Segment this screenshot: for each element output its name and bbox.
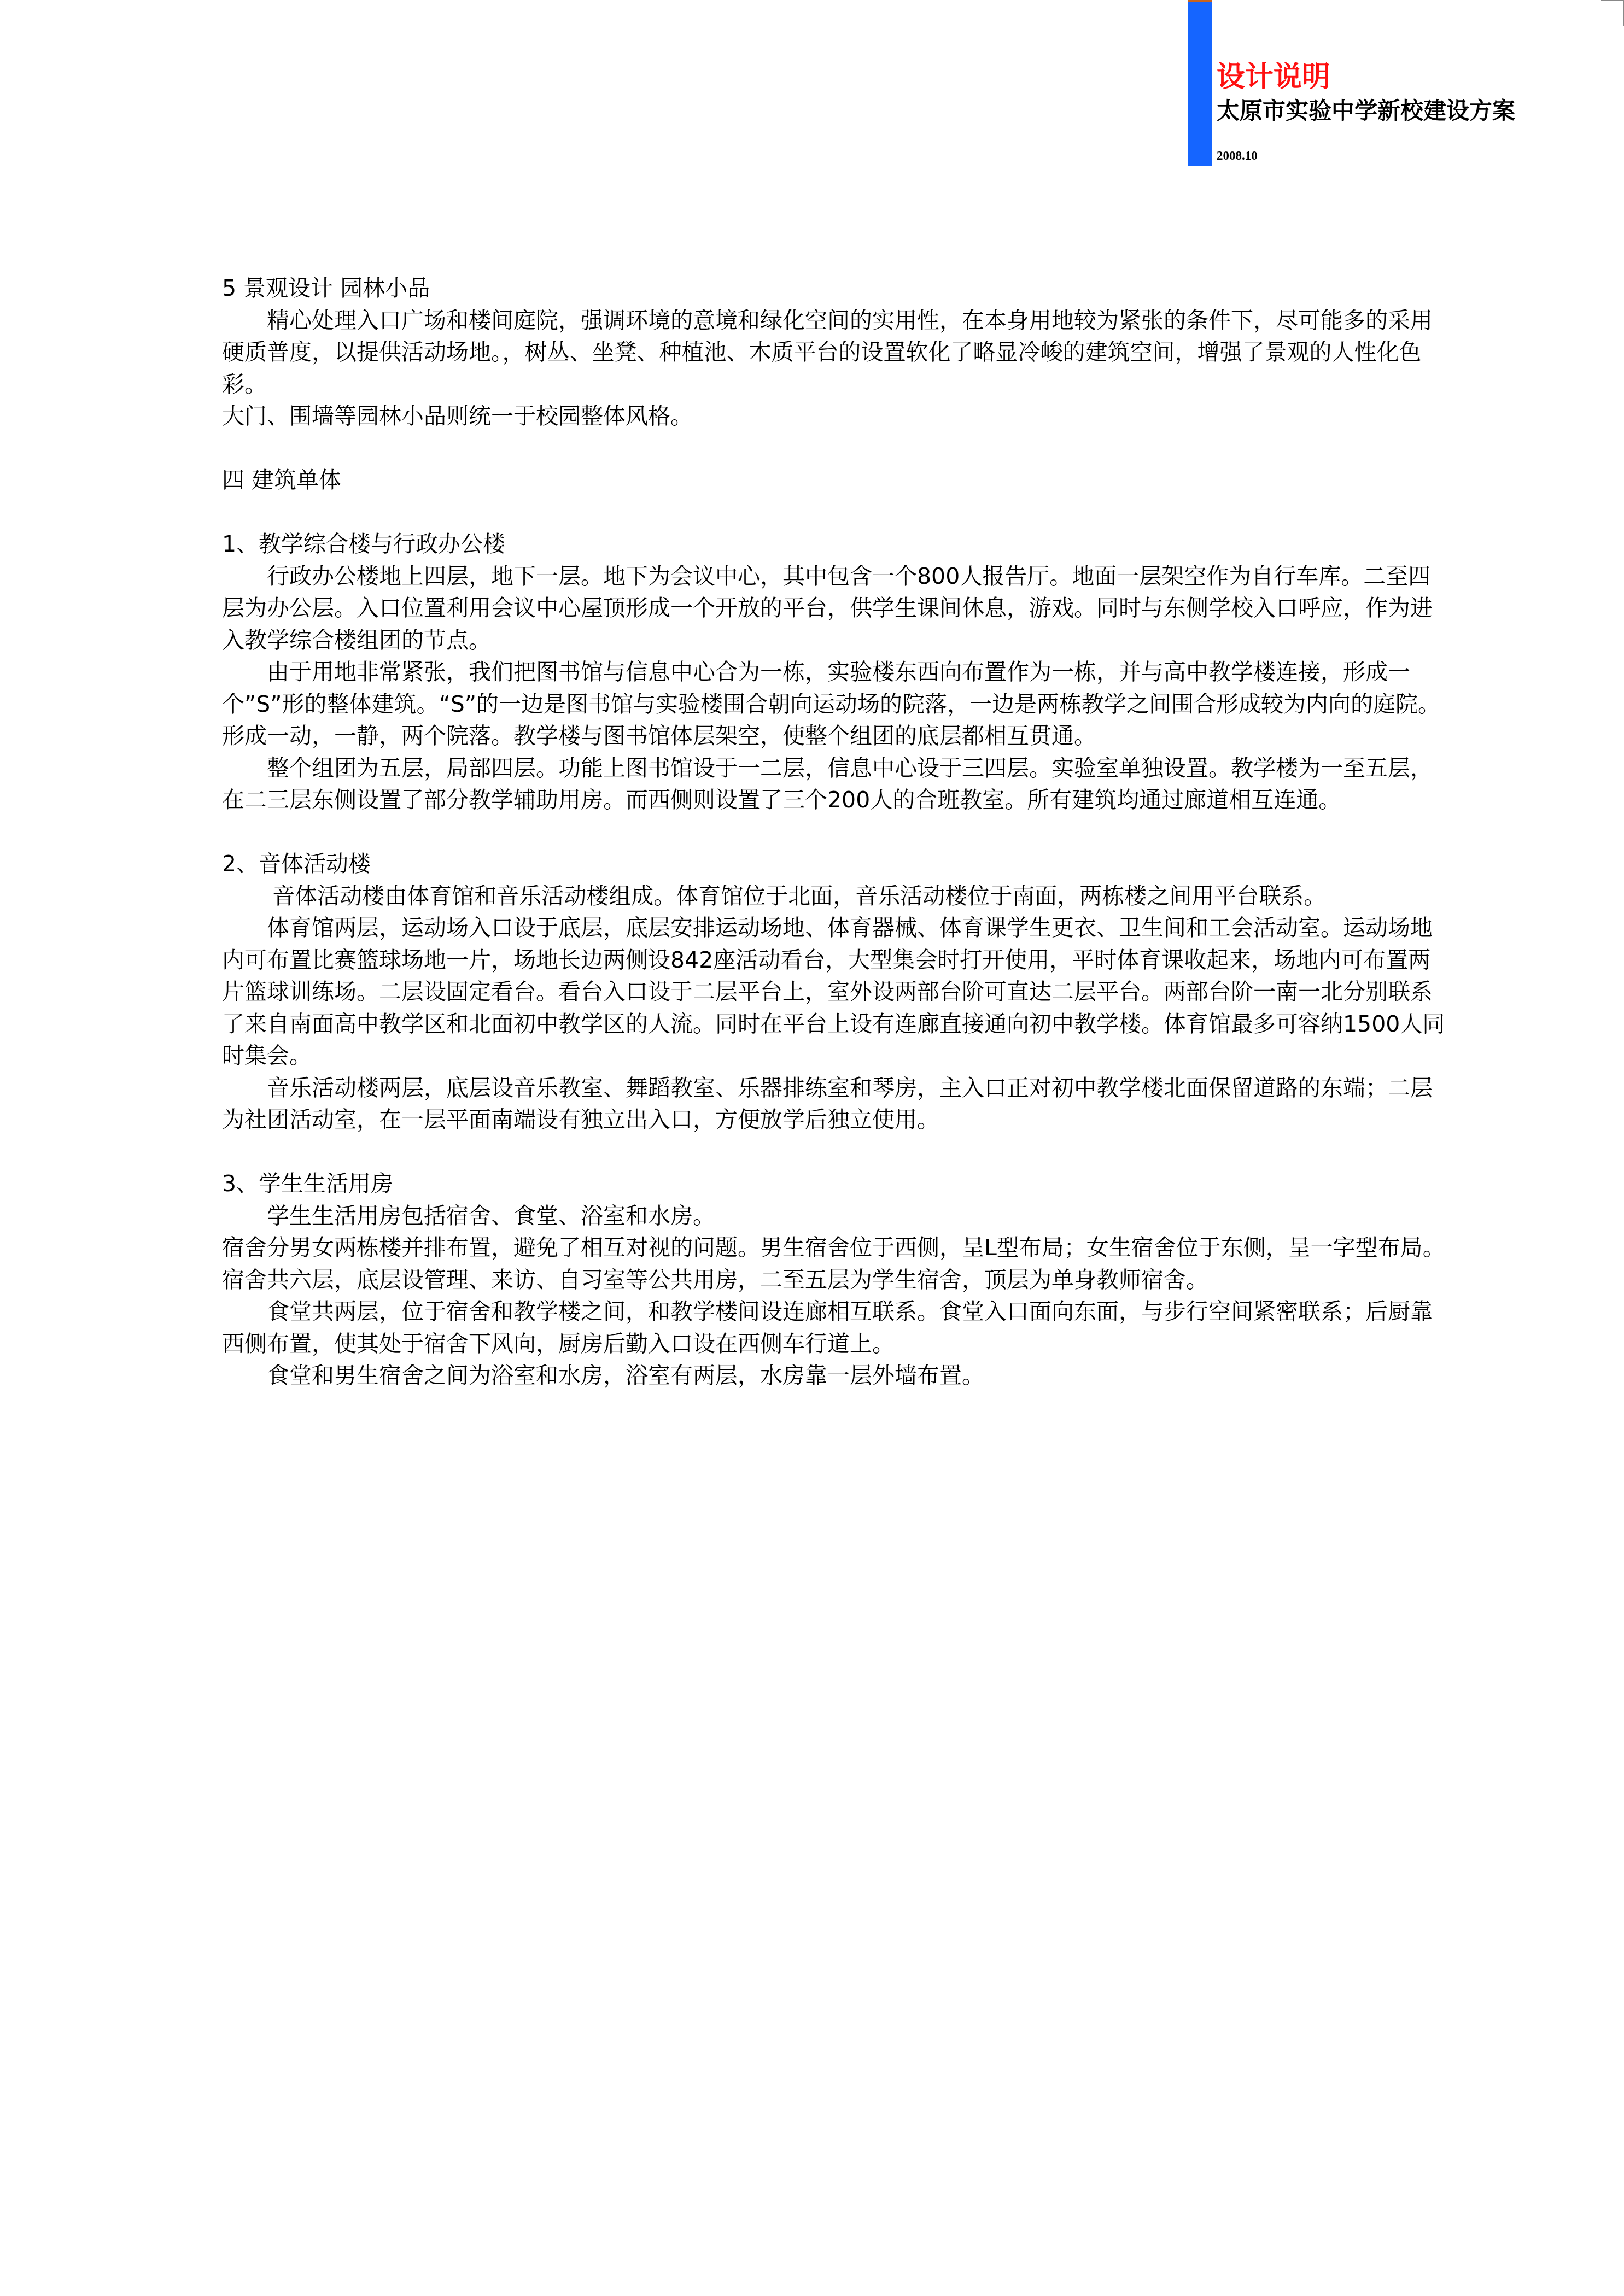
paragraph: 食堂和男生宿舍之间为浴室和水房，浴室有两层，水房靠一层外墙布置。 — [222, 1360, 1447, 1392]
paragraph: 大门、围墙等园林小品则统一于校园整体风格。 — [222, 400, 1447, 432]
section-heading-teaching: 1、教学综合楼与行政办公楼 — [222, 528, 1447, 560]
paragraph: 体育馆两层，运动场入口设于底层，底层安排运动场地、体育器械、体育课学生更衣、卫生… — [222, 912, 1447, 1072]
paragraph: 整个组团为五层，局部四层。功能上图书馆设于一二层，信息中心设于三四层。实验室单独… — [222, 752, 1447, 816]
header-accent-stripe — [1188, 0, 1212, 2]
paragraph: 行政办公楼地上四层，地下一层。地下为会议中心，其中包含一个800人报告厅。地面一… — [222, 560, 1447, 657]
paragraph: 音乐活动楼两层，底层设音乐教室、舞蹈教室、乐器排练室和琴房，主入口正对初中教学楼… — [222, 1072, 1447, 1136]
section-heading-activity: 2、音体活动楼 — [222, 848, 1447, 880]
page-corner-mark — [1601, 0, 1624, 26]
project-title: 太原市实验中学新校建设方案 — [1217, 93, 1515, 126]
paragraph: 音体活动楼由体育馆和音乐活动楼组成。体育馆位于北面，音乐活动楼位于南面，两栋楼之… — [222, 880, 1447, 912]
document-title: 设计说明 — [1217, 54, 1330, 95]
paragraph: 由于用地非常紧张，我们把图书馆与信息中心合为一栋，实验楼东西向布置作为一栋，并与… — [222, 656, 1447, 752]
document-body: 5 景观设计 园林小品 精心处理入口广场和楼间庭院，强调环境的意境和绿化空间的实… — [222, 272, 1447, 1392]
section-heading-living: 3、学生生活用房 — [222, 1168, 1447, 1200]
paragraph: 学生生活用房包括宿舍、食堂、浴室和水房。 — [222, 1200, 1447, 1232]
paragraph: 食堂共两层，位于宿舍和教学楼之间，和教学楼间设连廊相互联系。食堂入口面向东面，与… — [222, 1296, 1447, 1360]
paragraph: 宿舍分男女两栋楼并排布置，避免了相互对视的问题。男生宿舍位于西侧，呈L型布局；女… — [222, 1232, 1447, 1296]
header-accent-bar — [1188, 0, 1212, 166]
document-date: 2008.10 — [1217, 149, 1258, 163]
chapter-heading-buildings: 四 建筑单体 — [222, 464, 1447, 496]
paragraph: 精心处理入口广场和楼间庭院，强调环境的意境和绿化空间的实用性，在本身用地较为紧张… — [222, 304, 1447, 401]
section-heading-landscape: 5 景观设计 园林小品 — [222, 272, 1447, 304]
